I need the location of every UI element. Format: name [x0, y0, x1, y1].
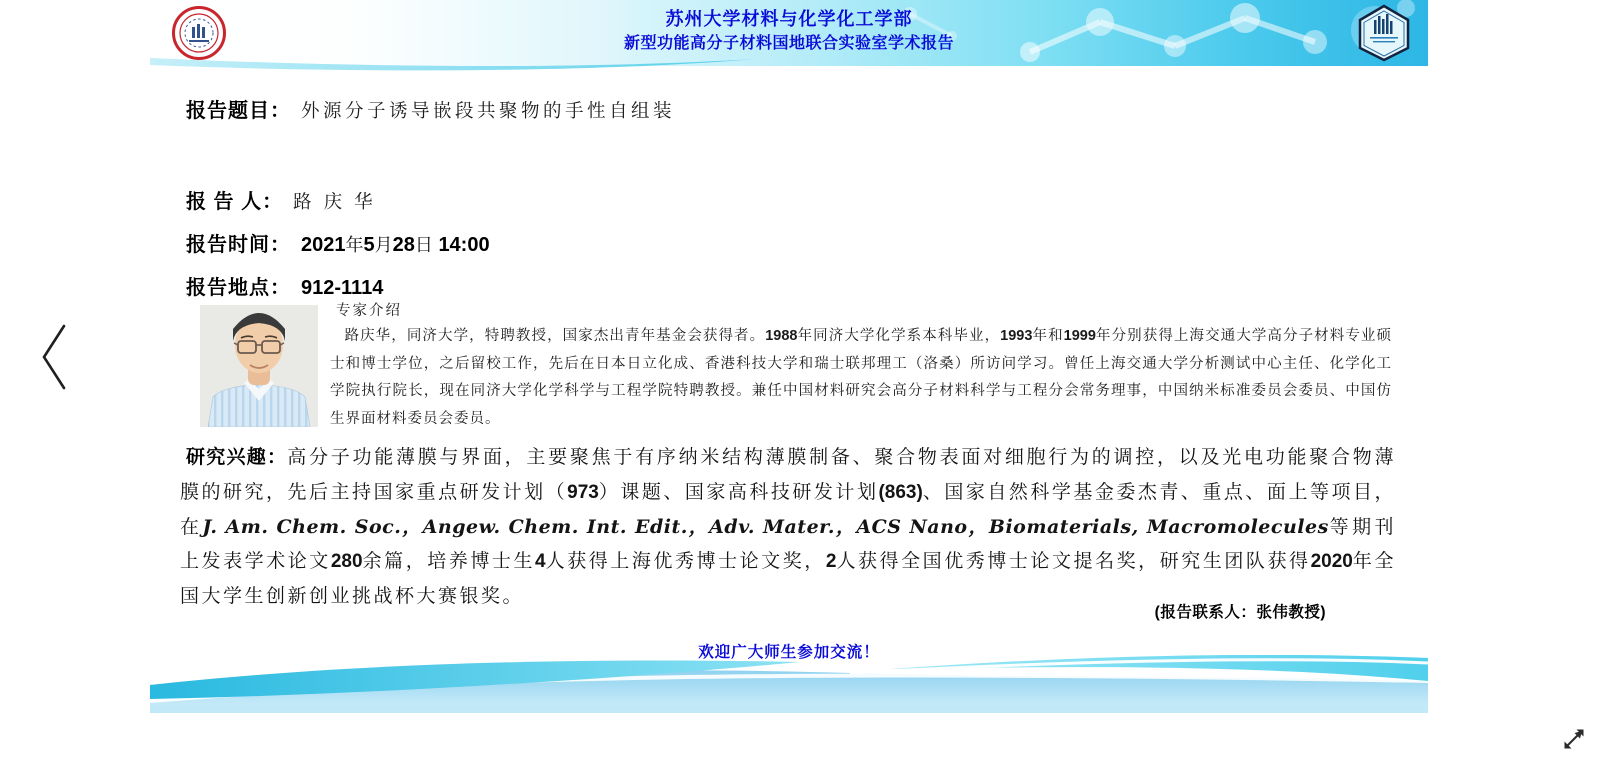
venue-label: 报告地点： [186, 277, 291, 299]
resize-diagonal-icon [1560, 725, 1588, 753]
speaker-label: 报 告 人： [186, 191, 283, 213]
speaker-photo [200, 305, 318, 427]
header-underline-swoosh [150, 56, 760, 74]
resize-button[interactable] [1556, 722, 1592, 758]
expert-bio: 路庆华，同济大学，特聘教授，国家杰出青年基金会获得者。1988年同济大学化学系本… [330, 323, 1392, 433]
field-speaker: 报 告 人：路庆华 [186, 185, 385, 214]
chevron-left-icon [39, 323, 69, 391]
expert-intro-heading: 专家介绍 [336, 299, 402, 320]
footer-wave-graphic [150, 655, 1428, 713]
speaker-value: 路庆华 [293, 192, 385, 213]
header-title-line2: 新型功能高分子材料国地联合实验室学术报告 [150, 31, 1428, 57]
research-interests: 研究兴趣：高分子功能薄膜与界面，主要聚焦于有序纳米结构薄膜制备、聚合物表面对细胞… [180, 440, 1396, 613]
report-title-value: 外源分子诱导嵌段共聚物的手性自组装 [301, 101, 675, 122]
header-title-line1: 苏州大学材料与化学化工学部 [150, 7, 1428, 31]
lab-hexagon-logo [1356, 4, 1412, 62]
research-label: 研究兴趣： [186, 447, 287, 468]
header-titles: 苏州大学材料与化学化工学部 新型功能高分子材料国地联合实验室学术报告 [150, 7, 1428, 57]
field-time: 报告时间：2021年5月28日 14:00 [186, 228, 490, 257]
contact-person: (报告联系人：张伟教授) [1155, 600, 1326, 622]
journal-names: J. Am. Chem. Soc.，Angew. Chem. Int. Edit… [202, 516, 1328, 538]
slide: 苏州大学材料与化学化工学部 新型功能高分子材料国地联合实验室学术报告 [150, 0, 1428, 713]
venue-value: 912-1114 [301, 277, 383, 299]
prev-slide-button[interactable] [34, 318, 74, 398]
field-venue: 报告地点：912-1114 [186, 271, 383, 300]
time-value: 2021年5月28日 14:00 [301, 234, 490, 256]
time-label: 报告时间： [186, 234, 291, 256]
report-title-label: 报告题目： [186, 100, 291, 122]
field-report-title: 报告题目：外源分子诱导嵌段共聚物的手性自组装 [186, 94, 675, 123]
viewer-root: 苏州大学材料与化学化工学部 新型功能高分子材料国地联合实验室学术报告 [0, 0, 1600, 769]
